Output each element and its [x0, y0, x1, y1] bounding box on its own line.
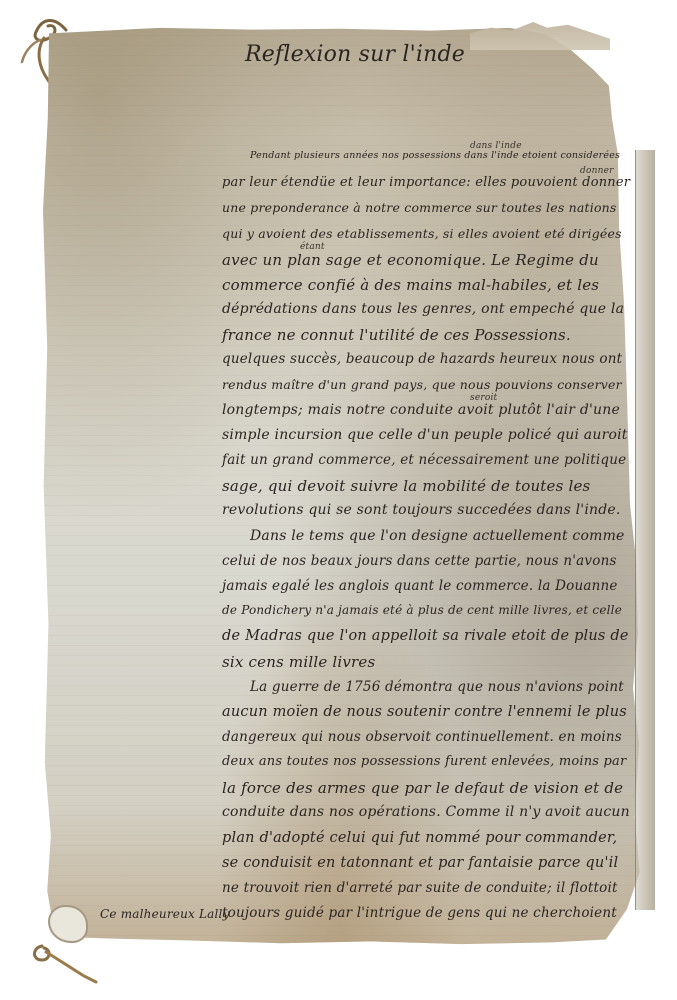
damaged-right-edge: [635, 150, 655, 910]
torn-top-edge: [470, 22, 610, 50]
manuscript-line: quelques succès, beaucoup de hazards heu…: [222, 351, 622, 367]
manuscript-line: La guerre de 1756 démontra que nous n'av…: [250, 679, 624, 695]
manuscript-line: de Pondichery n'a jamais eté à plus de c…: [222, 603, 622, 617]
manuscript-line: celui de nos beaux jours dans cette part…: [222, 553, 617, 569]
paper-hole: [48, 905, 88, 943]
photo-stage: Reflexion sur l'inde Pendant plusieurs a…: [0, 0, 677, 1000]
manuscript-line: se conduisit en tatonnant et par fantais…: [222, 855, 618, 871]
interlinear-note: étant: [300, 242, 325, 252]
manuscript-line: dangereux qui nous observoit continuelle…: [222, 729, 622, 745]
manuscript-line: aucun moïen de nous soutenir contre l'en…: [222, 704, 627, 720]
manuscript-line: Pendant plusieurs années nos possessions…: [250, 150, 620, 161]
manuscript-line: avec un plan sage et economique. Le Regi…: [222, 251, 599, 269]
manuscript-line: jamais egalé les anglois quant le commer…: [222, 578, 618, 594]
manuscript-line: Dans le tems que l'on designe actuelleme…: [250, 528, 625, 544]
manuscript-line: qui y avoient des etablissements, si ell…: [222, 226, 622, 241]
interlinear-note: dans l'inde: [470, 141, 522, 151]
manuscript-line: simple incursion que celle d'un peuple p…: [222, 427, 628, 443]
manuscript-line: la force des armes que par le defaut de …: [222, 779, 623, 797]
manuscript-line: sage, qui devoit suivre la mobilité de t…: [222, 477, 590, 495]
interlinear-note: seroit: [470, 393, 497, 403]
page-title: Reflexion sur l'inde: [245, 42, 465, 67]
manuscript-line: france ne connut l'utilité de ces Posses…: [222, 326, 571, 344]
manuscript-line: commerce confié à des mains mal-habiles,…: [222, 276, 599, 294]
manuscript-line: déprédations dans tous les genres, ont e…: [222, 301, 624, 317]
manuscript-line: deux ans toutes nos possessions furent e…: [222, 754, 626, 769]
manuscript-line: longtemps; mais notre conduite avoit plu…: [222, 402, 620, 418]
manuscript-line: toujours guidé par l'intrigue de gens qu…: [222, 905, 617, 921]
manuscript-line: de Madras que l'on appelloit sa rivale e…: [222, 628, 629, 644]
interlinear-note: donner: [580, 166, 614, 176]
manuscript-line: ne trouvoit rien d'arreté par suite de c…: [222, 880, 618, 896]
manuscript-line: une preponderance à notre commerce sur t…: [222, 200, 617, 215]
manuscript-line: conduite dans nos opérations. Comme il n…: [222, 804, 630, 820]
string-tie-bottom-icon: [26, 940, 106, 990]
manuscript-line: six cens mille livres: [222, 653, 375, 671]
manuscript-line: revolutions qui se sont toujours succedé…: [222, 502, 621, 518]
margin-note: Ce malheureux Lally: [100, 907, 230, 921]
manuscript-line: fait un grand commerce, et nécessairemen…: [222, 452, 626, 468]
manuscript-line: par leur étendüe et leur importance: ell…: [222, 175, 630, 190]
manuscript-line: plan d'adopté celui qui fut nommé pour c…: [222, 830, 617, 846]
manuscript-line: rendus maître d'un grand pays, que nous …: [222, 377, 622, 392]
